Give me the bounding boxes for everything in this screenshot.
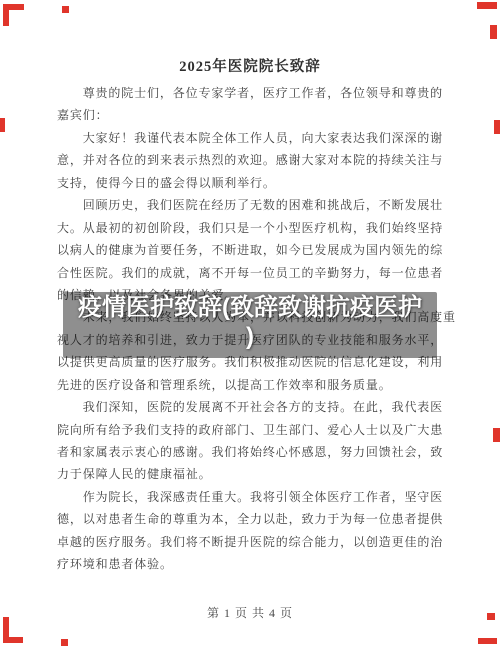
text-line: 疗环境和患者体验。 — [57, 553, 443, 575]
page-number: 第 1 页 共 4 页 — [0, 604, 500, 621]
text-line: 卓越的医疗服务。我们将不断提升医院的综合能力，以创造更佳的治 — [57, 531, 443, 553]
text-line: 支持，使得今日的盛会得以顺利举行。 — [57, 172, 443, 194]
text-line: 者和家属表示衷心的感谢。我们将始终心怀感恩，努力回馈社会，致 — [57, 441, 443, 463]
document-title: 2025年医院院长致辞 — [0, 55, 500, 76]
text-line: 先进的医疗设备和管理系统，以提高工作效率和服务质量。 — [57, 374, 443, 396]
red-border-mark — [61, 639, 68, 646]
text-line: 嘉宾们： — [57, 104, 443, 126]
red-border-mark — [3, 637, 23, 643]
text-line: 作为院长，我深感责任重大。我将引领全体医疗工作者，坚守医 — [57, 486, 443, 508]
document-page: 2025年医院院长致辞 尊贵的院士们，各位专家学者，医疗工作者，各位领导和尊贵的… — [0, 0, 500, 647]
red-border-mark — [62, 6, 69, 13]
text-line: 我们深知，医院的发展离不开社会各方的支持。在此，我代表医 — [57, 396, 443, 418]
text-line: 尊贵的院士们，各位专家学者，医疗工作者，各位领导和尊贵的 — [57, 82, 443, 104]
text-line: 德，以对患者生命的尊重为本，全力以赴，致力于为每一位患者提供 — [57, 508, 443, 530]
text-line: 回顾历史，我们医院在经历了无数的困难和挑战后，不断发展壮 — [57, 194, 443, 216]
red-border-mark — [3, 4, 9, 26]
text-line: 以病人的健康为首要任务，不断进取，如今已发展成为国内领先的综 — [57, 239, 443, 261]
red-border-mark — [490, 25, 497, 39]
red-border-mark — [478, 638, 497, 644]
text-line: 大。从最初的初创阶段，我们只是一个小型医疗机构，我们始终坚持 — [57, 217, 443, 239]
text-line: 合性医院。我们的成就，离不开每一位员工的辛勤努力，每一位患者 — [57, 262, 443, 284]
red-border-mark — [493, 428, 500, 442]
red-border-mark — [0, 118, 5, 132]
watermark-overlay: 疫情医护致辞(致辞致谢抗疫医护) — [63, 292, 437, 358]
watermark-text: 疫情医护致辞(致辞致谢抗疫医护 — [63, 293, 437, 322]
watermark-text: ) — [63, 322, 437, 351]
text-line: 院向所有给予我们支持的政府部门、卫生部门、爱心人士以及广大患 — [57, 419, 443, 441]
red-border-mark — [494, 120, 500, 134]
text-line: 力于保障人民的健康福祉。 — [57, 463, 443, 485]
red-border-mark — [477, 2, 497, 9]
text-line: 大家好！我谨代表本院全体工作人员，向大家表达我们深深的谢 — [57, 127, 443, 149]
text-line: 意，并对各位的到来表示热烈的欢迎。感谢大家对本院的持续关注与 — [57, 149, 443, 171]
